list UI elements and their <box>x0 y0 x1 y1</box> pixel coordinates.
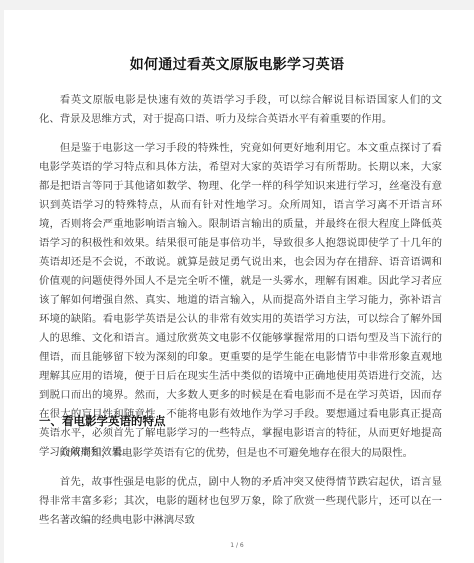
document-title: 如何通过看英文原版电影学习英语 <box>0 54 474 74</box>
intro-paragraph-1: 看英文原版电影是快速有效的英语学习手段，可以综合解说目标语国家人们的文化、背景及… <box>39 91 442 129</box>
page-indicator: 1 / 6 <box>0 542 474 549</box>
section1-paragraph-1: 众所周知，看电影学英语有它的优势，但是也不可避免地存在很大的局限性。 <box>39 444 442 463</box>
section-heading: 一、看电影学英语的特点 <box>39 413 166 429</box>
section1-paragraph-2: 首先，故事性强是电影的优点，剧中人物的矛盾冲突又使得情节跌宕起伏，语言显得非常丰… <box>39 473 442 530</box>
section1-body: 众所周知，看电影学英语有它的优势，但是也不可避免地存在很大的局限性。 首先，故事… <box>39 444 442 540</box>
